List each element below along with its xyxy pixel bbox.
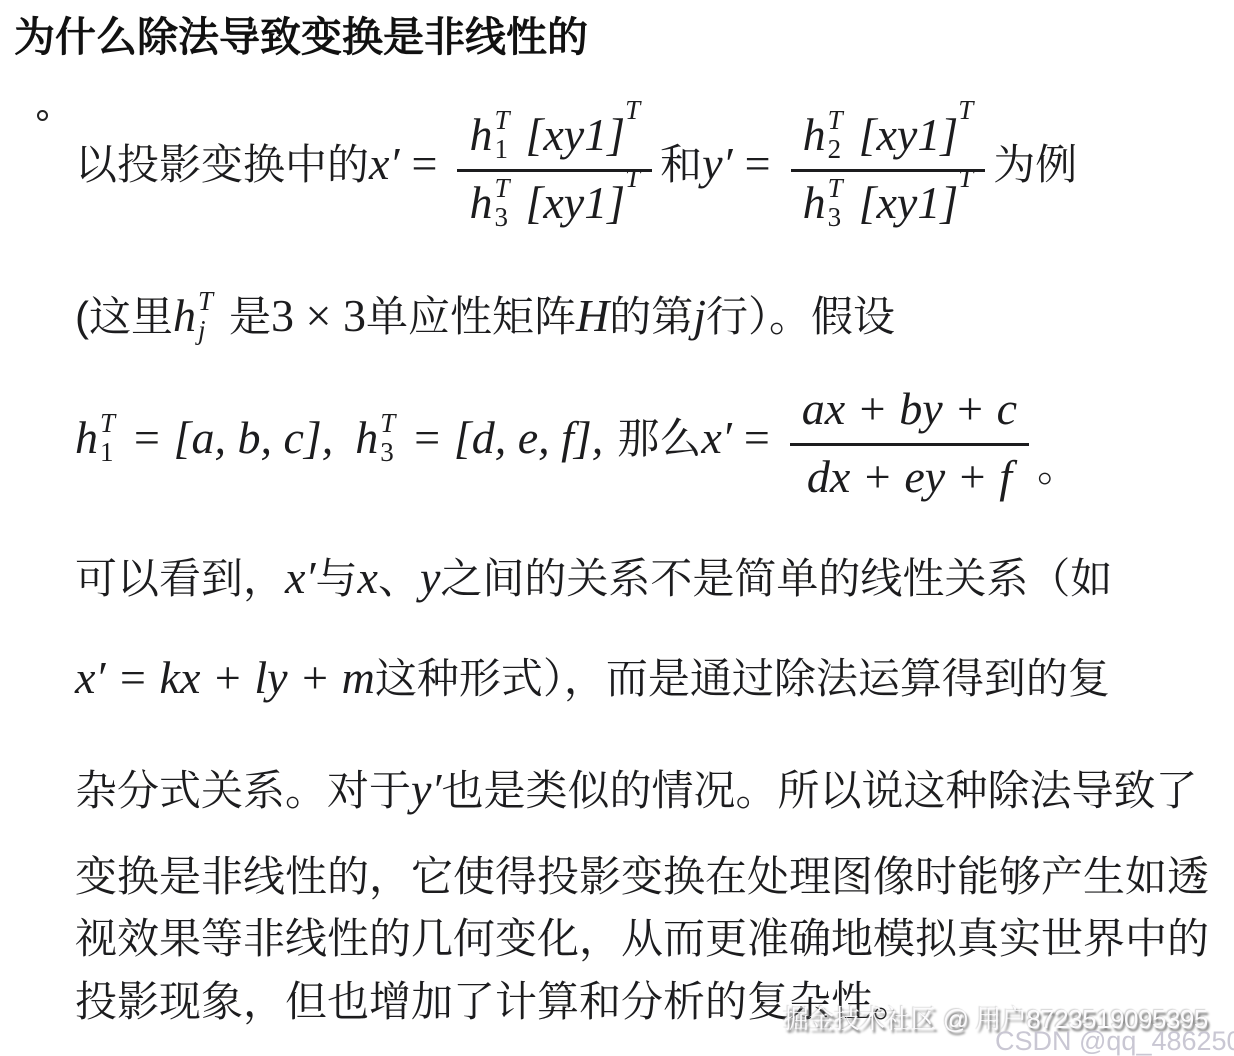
text-is: 是: [229, 293, 271, 340]
fraction-x-denominator: hT3[xy1]T: [469, 172, 640, 229]
math-y-prime: y′: [411, 764, 441, 815]
math-linear-form: x′ = kx + ly + m: [75, 652, 375, 703]
math-h: h: [469, 109, 492, 160]
math-vector-xy1: [xy1]: [525, 109, 625, 160]
math-x-prime: x′: [701, 412, 731, 463]
text-complex-fraction: 杂分式关系。对于: [75, 767, 411, 814]
paragraph-line-5: 视效果等非线性的几何变化，从而更准确地模拟真实世界中的: [75, 914, 1209, 964]
page-title: 为什么除法导致变换是非线性的: [14, 4, 588, 63]
math-3x3: 3 × 3: [271, 290, 366, 341]
supsub-hjT: Tj: [198, 301, 226, 341]
math-x-prime: x′: [285, 552, 315, 603]
math-h: h: [469, 177, 492, 228]
math-equals: =: [744, 412, 770, 463]
bullet-icon: [37, 110, 48, 121]
supsub-h3T: T3: [828, 188, 856, 228]
assumption-formula-line: hT1= [a, b, c],hT3= [d, e, f],那么x′=ax + …: [75, 382, 1079, 502]
watermark-csdn: CSDN @qq_48625029: [995, 1026, 1234, 1056]
sup-T: T: [198, 288, 213, 315]
sup-T: T: [828, 107, 843, 134]
fraction-rational-denominator: dx + ey + f: [807, 446, 1012, 503]
text-perspective-effect: 视效果等非线性的几何变化，从而更准确地模拟真实世界中的: [75, 915, 1209, 962]
math-h: h: [173, 290, 196, 341]
math-equals: =: [745, 138, 771, 189]
math-j: j: [693, 290, 706, 341]
text-nonlinear-transform: 变换是非线性的，它使得投影变换在处理图像时能够产生如透: [75, 853, 1209, 900]
math-vector-xy1: [xy1]: [525, 177, 625, 228]
sup-T: T: [958, 95, 973, 125]
sup-T: T: [380, 410, 395, 437]
text-close-assume: 行）。假设: [706, 293, 895, 340]
text-with: 与: [316, 555, 358, 602]
math-H: H: [576, 290, 609, 341]
math-x: x: [358, 552, 378, 603]
fraction-y-numerator: hT2[xy1]T: [791, 108, 986, 172]
sub-3: 3: [494, 204, 508, 231]
text-enum-comma: 、: [378, 555, 420, 602]
supsub-h1T: T1: [494, 120, 522, 160]
sup-T: T: [494, 175, 509, 202]
math-vector-xy1: [xy1]: [859, 109, 959, 160]
sup-T: T: [100, 410, 115, 437]
supsub-h3T: T3: [494, 188, 522, 228]
text-then: 那么: [617, 415, 701, 462]
note-line-homography: (这里hTj是3 × 3单应性矩阵H的第j行）。假设: [75, 288, 895, 343]
math-ax-by-c: ax + by + c: [802, 383, 1017, 434]
fraction-x: hT1[xy1]ThT3[xy1]T: [457, 108, 652, 228]
math-y: y: [420, 552, 440, 603]
supsub-h2T: T2: [828, 120, 856, 160]
paragraph-line-3: 杂分式关系。对于y′也是类似的情况。所以说这种除法导致了: [75, 762, 1198, 817]
math-x-prime: x′: [369, 138, 399, 189]
sub-1: 1: [494, 136, 508, 163]
text-period: 。: [1037, 442, 1079, 492]
fraction-x-numerator: hT1[xy1]T: [457, 108, 652, 172]
math-equals: =: [412, 138, 438, 189]
math-h: h: [803, 109, 826, 160]
math-h: h: [355, 412, 378, 463]
supsub-h1T: T1: [100, 423, 128, 463]
sup-T: T: [625, 163, 640, 193]
text-such-form: 这种形式），而是通过除法运算得到的复: [375, 655, 1110, 702]
sup-T: T: [625, 95, 640, 125]
text-homography-matrix: 单应性矩阵: [366, 293, 576, 340]
fraction-y: hT2[xy1]ThT3[xy1]T: [791, 108, 986, 228]
math-vector-xy1: [xy1]: [859, 177, 959, 228]
math-y-prime: y′: [702, 138, 732, 189]
sub-3: 3: [828, 204, 842, 231]
fraction-rational: ax + by + cdx + ey + f: [790, 382, 1029, 502]
math-vector-abc: = [a, b, c],: [131, 412, 333, 463]
paragraph-line-4: 变换是非线性的，它使得投影变换在处理图像时能够产生如透: [75, 852, 1209, 902]
text-for-example: 为例: [993, 141, 1077, 188]
text-can-see: 可以看到，: [75, 555, 285, 602]
text-open-paren: (这里: [75, 293, 173, 340]
text-row-of: 的第: [609, 293, 693, 340]
fraction-rational-numerator: ax + by + c: [790, 382, 1029, 446]
text-lead: 以投影变换中的: [75, 141, 369, 188]
text-not-simple-linear: 之间的关系不是简单的线性关系（如: [440, 555, 1112, 602]
supsub-h3T: T3: [380, 423, 408, 463]
sup-T: T: [828, 175, 843, 202]
fraction-y-denominator: hT3[xy1]T: [803, 172, 974, 229]
sup-T: T: [958, 163, 973, 193]
document-page: 为什么除法导致变换是非线性的 以投影变换中的x′=hT1[xy1]ThT3[xy…: [0, 0, 1234, 1056]
math-dx-ey-f: dx + ey + f: [807, 451, 1012, 502]
formula-line-projective: 以投影变换中的x′=hT1[xy1]ThT3[xy1]T和y′=hT2[xy1]…: [75, 108, 1077, 228]
sup-T: T: [494, 107, 509, 134]
sub-2: 2: [828, 136, 842, 163]
sub-j: j: [198, 317, 206, 344]
math-vector-def: = [d, e, f],: [411, 412, 603, 463]
sub-1: 1: [100, 439, 114, 466]
text-and: 和: [660, 141, 702, 188]
paragraph-line-1: 可以看到，x′与x、y之间的关系不是简单的线性关系（如: [75, 550, 1112, 605]
math-h: h: [75, 412, 98, 463]
text-similar-case: 也是类似的情况。所以说这种除法导致了: [442, 767, 1198, 814]
paragraph-line-2: x′ = kx + ly + m这种形式），而是通过除法运算得到的复: [75, 650, 1110, 705]
math-h: h: [803, 177, 826, 228]
sub-3: 3: [380, 439, 394, 466]
